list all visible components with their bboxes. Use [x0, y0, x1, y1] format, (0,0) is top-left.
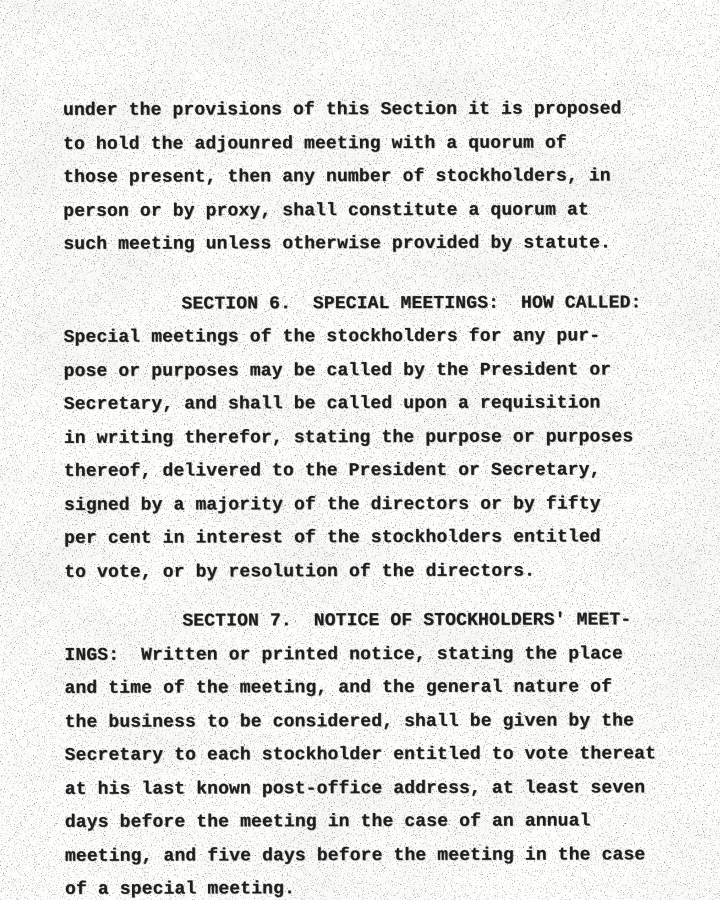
text-line: signed by a majority of the directors or… — [64, 488, 712, 523]
section-7-heading: SECTION 7. NOTICE OF STOCKHOLDERS' MEET- — [64, 604, 712, 639]
section-7-paragraph: SECTION 7. NOTICE OF STOCKHOLDERS' MEET-… — [64, 604, 713, 900]
text-line: those present, then any number of stockh… — [63, 160, 711, 195]
text-line: meeting, and five days before the meetin… — [65, 839, 713, 874]
text-line: pose or purposes may be called by the Pr… — [64, 354, 712, 389]
text-line: thereof, delivered to the President or S… — [64, 454, 712, 489]
scanned-document-page: under the provisions of this Section it … — [0, 0, 720, 900]
text-line: under the provisions of this Section it … — [63, 93, 711, 128]
text-line: Secretary to each stockholder entitled t… — [65, 738, 713, 773]
text-line: of a special meeting. — [65, 872, 713, 900]
section-6-paragraph: SECTION 6. SPECIAL MEETINGS: HOW CALLED:… — [63, 287, 712, 590]
text-line: to hold the adjounred meeting with a quo… — [63, 127, 711, 162]
text-line: person or by proxy, shall constitute a q… — [63, 194, 711, 229]
text-line: INGS: Written or printed notice, stating… — [64, 638, 712, 673]
text-line: days before the meeting in the case of a… — [65, 805, 713, 840]
text-line: in writing therefor, stating the purpose… — [64, 421, 712, 456]
text-line: such meeting unless otherwise provided b… — [63, 227, 711, 262]
text-line: to vote, or by resolution of the directo… — [64, 555, 712, 590]
text-line: Secretary, and shall be called upon a re… — [64, 387, 712, 422]
section-6-heading: SECTION 6. SPECIAL MEETINGS: HOW CALLED: — [63, 287, 711, 322]
text-line: and time of the meeting, and the general… — [64, 671, 712, 706]
text-line: Special meetings of the stockholders for… — [64, 320, 712, 355]
text-line: at his last known post-office address, a… — [65, 772, 713, 807]
document-text: under the provisions of this Section it … — [63, 93, 713, 900]
continuation-paragraph: under the provisions of this Section it … — [63, 93, 711, 262]
text-line: the business to be considered, shall be … — [65, 705, 713, 740]
text-line: per cent in interest of the stockholders… — [64, 521, 712, 556]
